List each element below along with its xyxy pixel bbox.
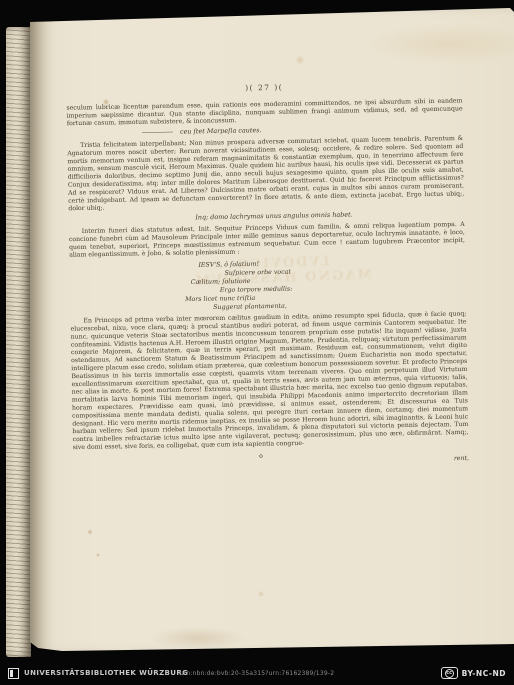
quote-text: ceu ſtet Marpeſia cautes. — [180, 127, 262, 136]
letterpress-text: )( 27 )( seculum lubricæ licentiæ parend… — [66, 80, 469, 471]
signature-row: o rent, — [73, 447, 469, 471]
library-identifier: UNIVERSITÄTSBIBLIOTHEK WÜRZBURG — [8, 668, 188, 679]
urn-identifier: urn:nbn:de:bvb:20-35a315?urn:76162389/13… — [180, 670, 334, 677]
rule-dash — [142, 132, 173, 133]
funeral-hymn: IESV'S, ô ſolatium! Suſpicere orbe vocat… — [198, 255, 466, 311]
paragraph: En Princeps ad prima verba inter mœrorem… — [70, 309, 468, 451]
library-name: UNIVERSITÄTSBIBLIOTHEK WÜRZBURG — [24, 669, 188, 677]
page-content: LVDOVICO MAGNO HASSORVM )( 27 )( seculum… — [28, 4, 514, 656]
viewer-footer: UNIVERSITÄTSBIBLIOTHEK WÜRZBURG urn:nbn:… — [0, 661, 514, 685]
facing-page-edge — [6, 27, 31, 657]
page-number: )( 27 )( — [66, 80, 462, 95]
catchword: rent, — [454, 454, 469, 462]
library-logo-mark — [10, 670, 13, 677]
cc-icon: cc — [441, 667, 458, 679]
paragraph: Interim funeri dies statutus adest, Init… — [69, 220, 466, 259]
library-logo-icon — [8, 668, 19, 679]
license-badge: cc BY-NC-ND — [441, 667, 506, 679]
paragraph: Tristia felicitatem interpellabant; Non … — [67, 134, 464, 212]
book-scan: LVDOVICO MAGNO HASSORVM )( 27 )( seculum… — [0, 0, 514, 685]
license-label: BY-NC-ND — [462, 669, 506, 678]
book-page: LVDOVICO MAGNO HASSORVM )( 27 )( seculum… — [28, 4, 514, 656]
signature-mark: o — [259, 452, 263, 460]
paragraph-continuation: seculum lubricæ licentiæ parendum esse, … — [66, 96, 462, 127]
cc-circle: cc — [445, 669, 454, 678]
